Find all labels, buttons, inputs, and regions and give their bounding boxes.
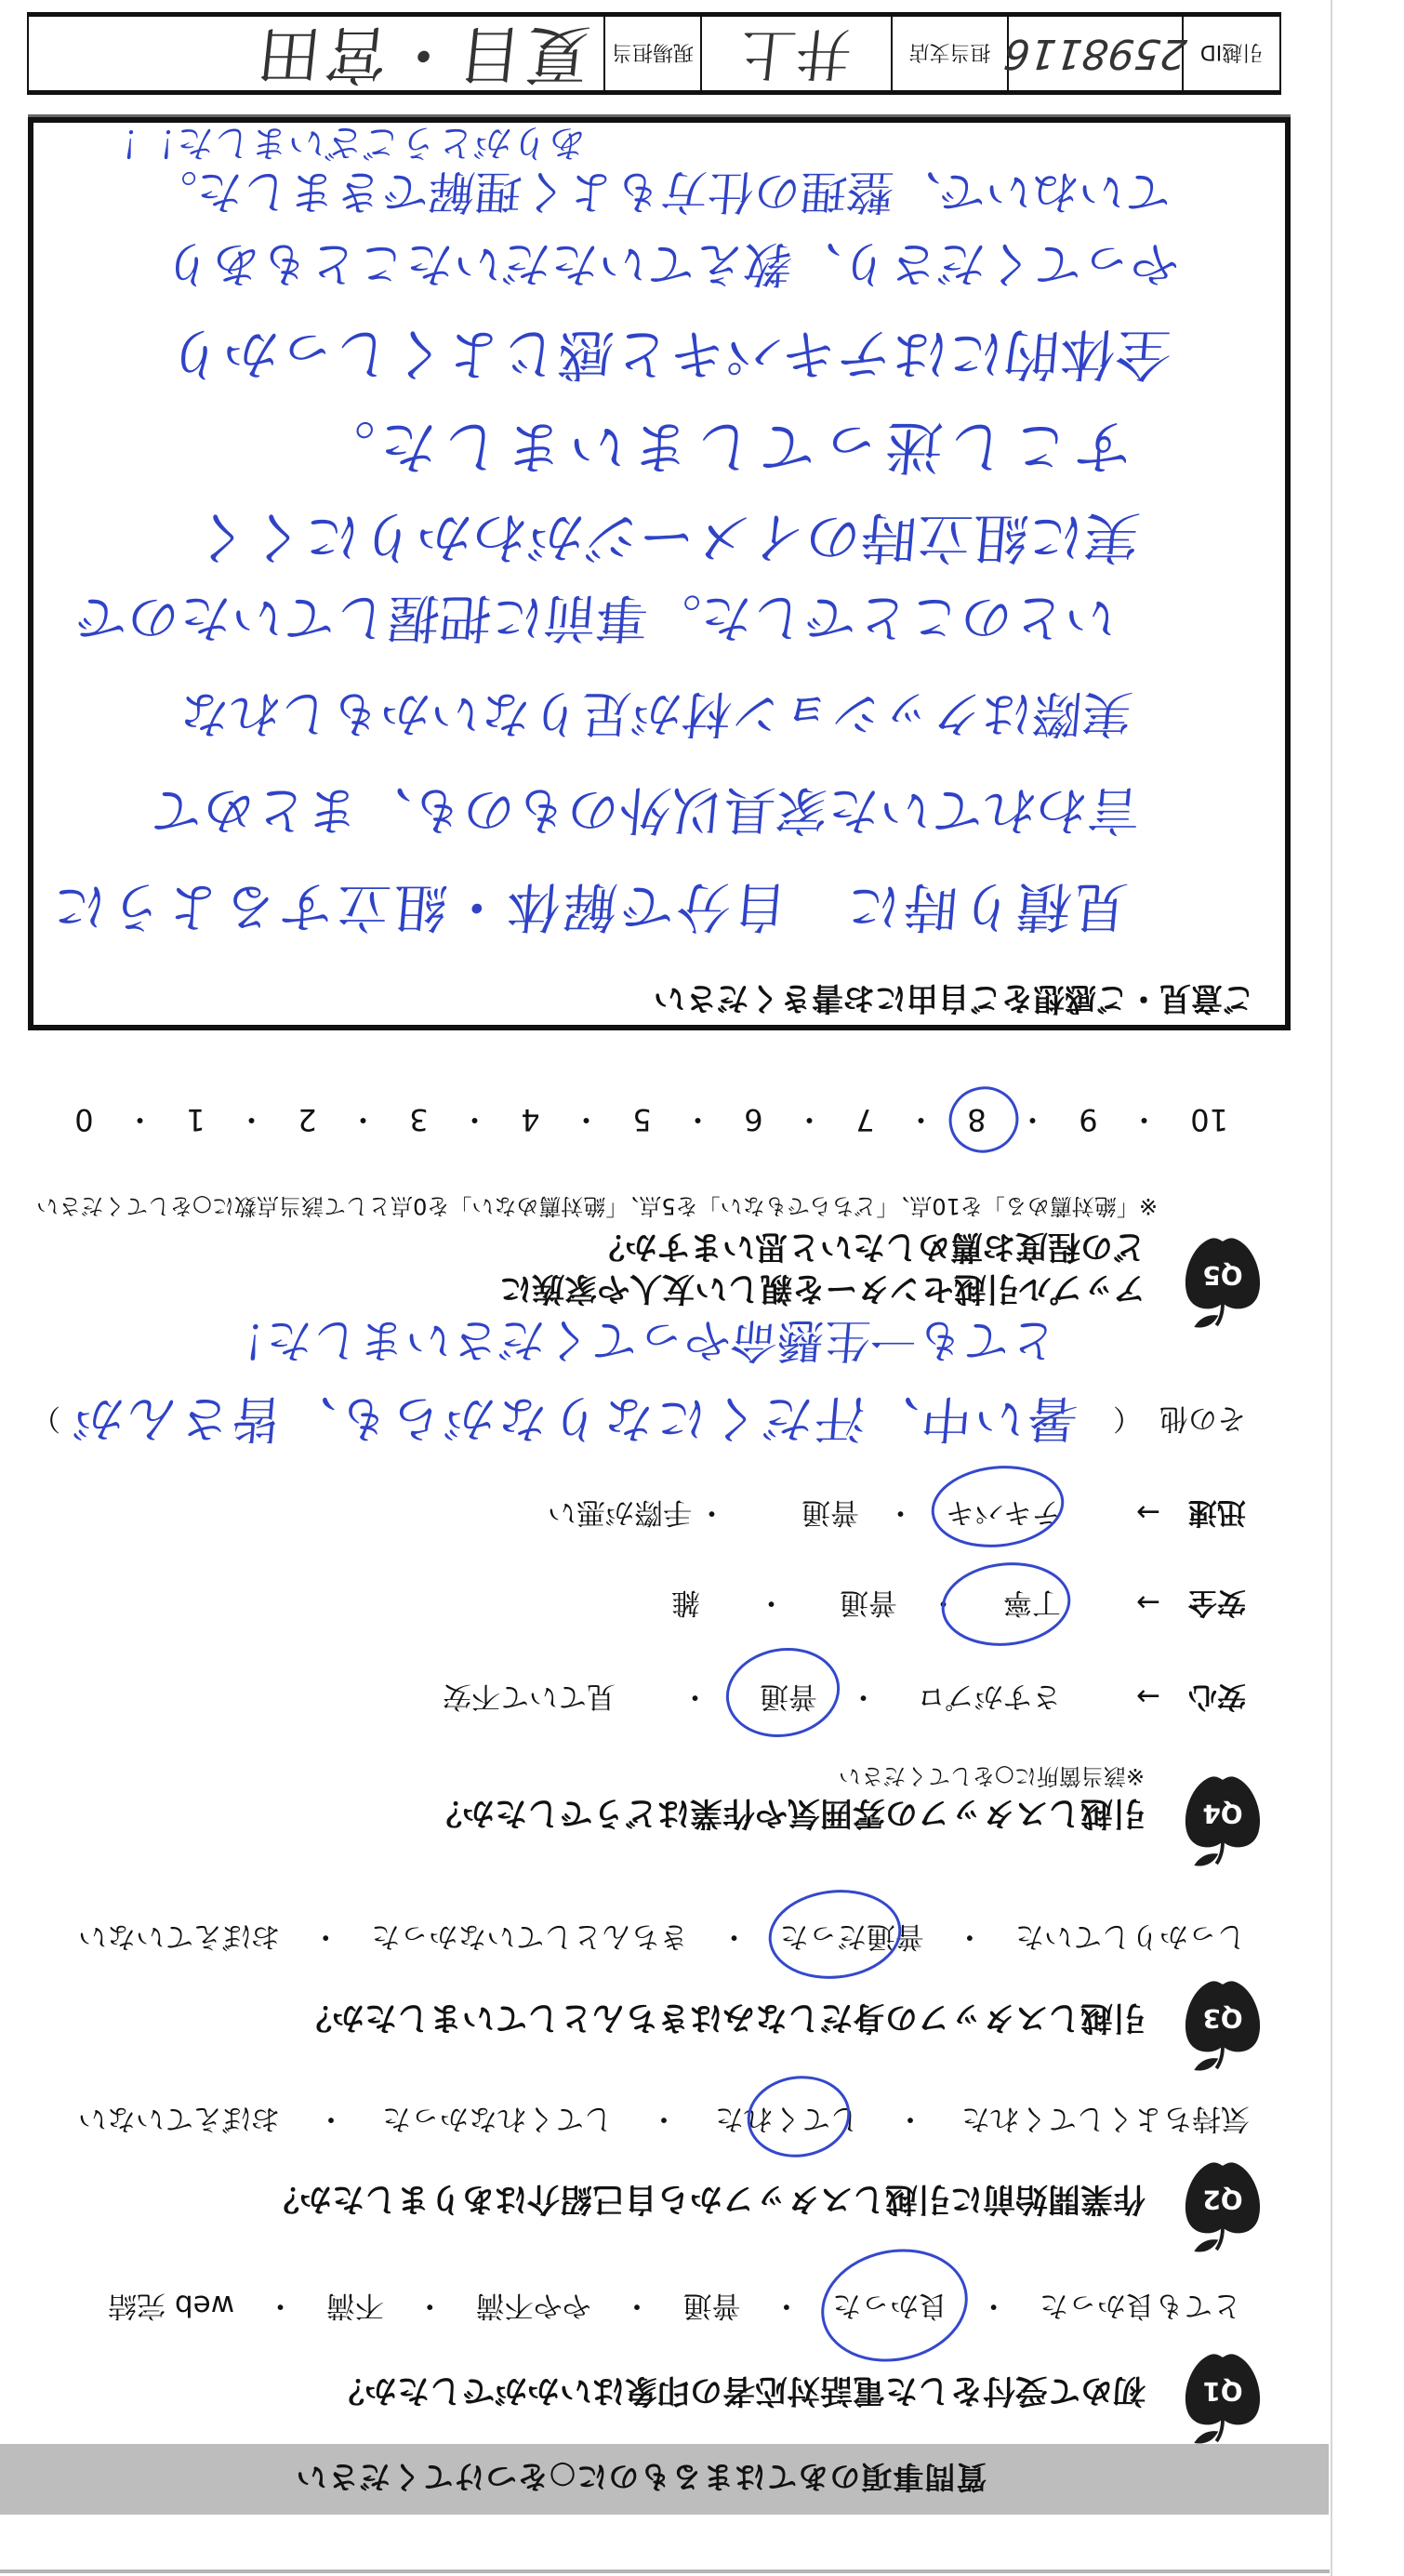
separator: ・ bbox=[416, 2291, 444, 2320]
q5-badge-label: Q5 bbox=[1178, 1260, 1267, 1291]
score-value: 7 bbox=[855, 1105, 874, 1135]
separator: ・ bbox=[886, 1497, 915, 1527]
separator: ・ bbox=[236, 1105, 266, 1135]
separator: ・ bbox=[979, 2291, 1008, 2320]
separator: ・ bbox=[906, 1105, 935, 1135]
q1-apple-badge-icon: Q1 bbox=[1178, 2349, 1267, 2448]
separator: ・ bbox=[896, 2104, 925, 2133]
q3-badge-label: Q3 bbox=[1178, 2003, 1267, 2034]
q5-score-scale: 10 ・ 9 ・ 8 ・ 7 ・ 6 ・ 5 ・ 4 ・ 3 ・ 2 ・ 1 ・… bbox=[74, 1105, 1228, 1135]
q4-anzen-option-selected: 丁寧 bbox=[1003, 1587, 1061, 1617]
score-value-selected: 8 bbox=[967, 1105, 986, 1135]
score-value: 6 bbox=[744, 1105, 762, 1135]
q4-row-label-anshin: 安心 bbox=[1188, 1681, 1246, 1711]
q5-question-line: どの程度お薦めしたいと思いますか？ bbox=[592, 1229, 1146, 1263]
score-value: 3 bbox=[409, 1105, 428, 1135]
q2-options: 気持ちよくしてくれた ・ してくれた ・ してくれなかった ・ おぼえていない bbox=[78, 2104, 1250, 2133]
score-value: 0 bbox=[74, 1105, 93, 1135]
q4-other-label: その他 bbox=[1159, 1403, 1246, 1433]
comment-handwriting-line: 見積り時に 自分で解体・組立するように bbox=[47, 880, 1130, 934]
separator: ・ bbox=[772, 2291, 801, 2320]
q1-options: とても良かった ・ 良かった ・ 普通 ・ やや不満 ・ 不満 ・ web 完結 bbox=[108, 2291, 1241, 2320]
instruction-text: 質問事項のあてはまるものに○をつけてください bbox=[296, 2458, 987, 2502]
q1-option: web 完結 bbox=[108, 2291, 234, 2320]
q4-anshin-option-selected: 普通 bbox=[760, 1681, 817, 1711]
separator: ・ bbox=[1017, 1105, 1047, 1135]
q3-option: しっかりしていた bbox=[1015, 1921, 1246, 1951]
arrow-right-icon: → bbox=[1136, 1587, 1160, 1617]
score-value: 10 bbox=[1190, 1105, 1228, 1135]
separator: ・ bbox=[266, 2291, 295, 2320]
q1-option: 不満 bbox=[326, 2291, 384, 2320]
q3-option-selected: 普通だった bbox=[780, 1921, 924, 1951]
branch-label: 担当支店 bbox=[909, 39, 991, 68]
q2-option: してくれなかった bbox=[382, 2104, 613, 2133]
staff-label: 現場担当 bbox=[612, 39, 694, 68]
q3-option: おぼえていない bbox=[78, 1921, 280, 1951]
comment-handwriting-line: すこし迷ってしまいました。 bbox=[308, 418, 1134, 475]
separator: ・ bbox=[757, 1587, 786, 1617]
comment-handwriting-line: 実に組立時のイメージがわかりにくく bbox=[191, 509, 1142, 564]
arrow-right-icon: → bbox=[1136, 1681, 1160, 1711]
q1-badge-label: Q1 bbox=[1178, 2376, 1267, 2407]
comment-handwriting-line: 全体的にはテキパキと感じよくしっかり bbox=[165, 325, 1173, 381]
q4-question-text: 引越しスタッフの雰囲気や作業はどうでしたか？ bbox=[430, 1796, 1146, 1829]
score-value: 1 bbox=[186, 1105, 205, 1135]
move-id-value-cell: 2598116 bbox=[1007, 17, 1182, 90]
q4-jinsoku-option: 普通 bbox=[801, 1497, 859, 1527]
q4-other-handwriting-line: とても一生懸命やってくださいました！ bbox=[218, 1317, 1058, 1363]
comment-handwriting-line: ていねいで、整理の仕方もよく理解できました。 bbox=[148, 168, 1173, 215]
comment-handwriting-line: いとのことでした。事前に把握していたので bbox=[73, 591, 1119, 643]
separator: ・ bbox=[125, 1105, 154, 1135]
staff-value: 夏目・宮田 bbox=[251, 22, 592, 86]
comment-handwriting-line: 言われていた家具以外のものも、まとめて bbox=[149, 783, 1143, 835]
score-value: 5 bbox=[632, 1105, 651, 1135]
q4-anshin-option: 見ていて不安 bbox=[443, 1681, 616, 1711]
q5-question-line: アップル引越センターを親しい友人や家族に bbox=[499, 1271, 1146, 1305]
separator: ・ bbox=[348, 1105, 377, 1135]
score-value: 9 bbox=[1079, 1105, 1097, 1135]
separator: ・ bbox=[929, 1587, 958, 1617]
q4-apple-badge-icon: Q4 bbox=[1178, 1772, 1267, 1870]
staff-label-cell: 現場担当 bbox=[603, 17, 700, 90]
scan-edge-vertical bbox=[1331, 0, 1332, 2576]
q4-badge-label: Q4 bbox=[1178, 1799, 1267, 1829]
q3-options: しっかりしていた ・ 普通だった ・ きちんとしていなかった ・ おぼえていない bbox=[78, 1921, 1246, 1951]
branch-value-cell: 井上 bbox=[700, 17, 891, 90]
q2-apple-badge-icon: Q2 bbox=[1178, 2158, 1267, 2256]
separator: ・ bbox=[955, 1921, 984, 1951]
separator: ・ bbox=[650, 2104, 679, 2133]
q2-option-selected: してくれた bbox=[715, 2104, 859, 2133]
q5-apple-badge-icon: Q5 bbox=[1178, 1233, 1267, 1332]
q1-option: やや不満 bbox=[476, 2291, 591, 2320]
q4-row-label-anzen: 安全 bbox=[1188, 1587, 1246, 1617]
q4-anzen-option: 雑 bbox=[671, 1587, 700, 1617]
move-id-label: 引越ID bbox=[1200, 39, 1263, 68]
q1-option: 普通 bbox=[682, 2291, 740, 2320]
q2-option: おぼえていない bbox=[78, 2104, 280, 2133]
score-value: 4 bbox=[521, 1105, 539, 1135]
scan-edge-horizontal bbox=[0, 2569, 1330, 2573]
q4-jinsoku-option: 手際が悪い bbox=[548, 1497, 692, 1527]
separator: ・ bbox=[849, 1681, 878, 1711]
scanned-survey-page: 質問事項のあてはまるものに○をつけてください Q1 初めて受付をした電話対応者の… bbox=[0, 0, 1404, 2576]
q1-question-text: 初めて受付をした電話対応者の印象はいかがでしたか？ bbox=[332, 2373, 1146, 2407]
separator: ・ bbox=[459, 1105, 489, 1135]
separator: ・ bbox=[681, 1681, 709, 1711]
close-paren: ） bbox=[32, 1403, 60, 1433]
q4-note: ※該当箇所に○をしてください bbox=[839, 1764, 1145, 1788]
q1-option: とても良かった bbox=[1040, 2291, 1241, 2320]
comment-handwriting-line: 実際はクッション材が足りないかもしれな bbox=[178, 688, 1135, 738]
separator: ・ bbox=[720, 1921, 748, 1951]
move-id-value: 2598116 bbox=[1002, 33, 1189, 74]
q4-anshin-option: さすがプロ bbox=[917, 1681, 1061, 1711]
staff-value-cell: 夏目・宮田 bbox=[29, 17, 603, 90]
branch-value: 井上 bbox=[737, 26, 854, 82]
q4-other-handwriting-line: 暑い中、汗だくになりながらも、皆さんが bbox=[69, 1393, 1080, 1443]
comment-handwriting-line: やってくださり、教えていただいたこともあり bbox=[162, 239, 1182, 287]
q1-option-selected: 良かった bbox=[832, 2291, 947, 2320]
instruction-band: 質問事項のあてはまるものに○をつけてください bbox=[0, 2444, 1329, 2515]
q3-option: きちんとしていなかった bbox=[371, 1921, 688, 1951]
comment-handwriting-line: ありがとうございました！！ bbox=[100, 124, 587, 161]
q5-note: ※「絶対薦める」を10点、「どちらでもない」を5点、「絶対薦めない」を0点として… bbox=[36, 1194, 1158, 1218]
separator: ・ bbox=[623, 2291, 652, 2320]
branch-label-cell: 担当支店 bbox=[891, 17, 1007, 90]
q4-anzen-option: 普通 bbox=[840, 1587, 897, 1617]
open-paren: （ bbox=[1113, 1403, 1142, 1433]
q2-option: 気持ちよくしてくれた bbox=[961, 2104, 1250, 2133]
q4-jinsoku-option-selected: テキパキ bbox=[946, 1497, 1061, 1527]
separator: ・ bbox=[794, 1105, 824, 1135]
move-id-label-cell: 引越ID bbox=[1182, 17, 1279, 90]
score-value: 2 bbox=[298, 1105, 316, 1135]
separator: ・ bbox=[682, 1105, 712, 1135]
q3-apple-badge-icon: Q3 bbox=[1178, 1976, 1267, 2075]
separator: ・ bbox=[1129, 1105, 1159, 1135]
separator: ・ bbox=[697, 1497, 726, 1527]
comment-heading: ご意見・ご感想をご自由にお書きください bbox=[654, 982, 1254, 1014]
separator: ・ bbox=[317, 2104, 346, 2133]
q2-badge-label: Q2 bbox=[1178, 2184, 1267, 2215]
arrow-right-icon: → bbox=[1136, 1497, 1160, 1527]
separator: ・ bbox=[571, 1105, 601, 1135]
separator: ・ bbox=[311, 1921, 340, 1951]
header-table: 引越ID 2598116 担当支店 井上 現場担当 夏目・宮田 bbox=[27, 12, 1281, 95]
q4-row-label-jinsoku: 迅速 bbox=[1188, 1497, 1246, 1527]
q3-question-text: 引越しスタッフの身だしなみはきちんとしていましたか？ bbox=[299, 2000, 1146, 2034]
q2-question-text: 作業開始前に引越しスタッフから自己紹介はありましたか？ bbox=[267, 2182, 1146, 2215]
